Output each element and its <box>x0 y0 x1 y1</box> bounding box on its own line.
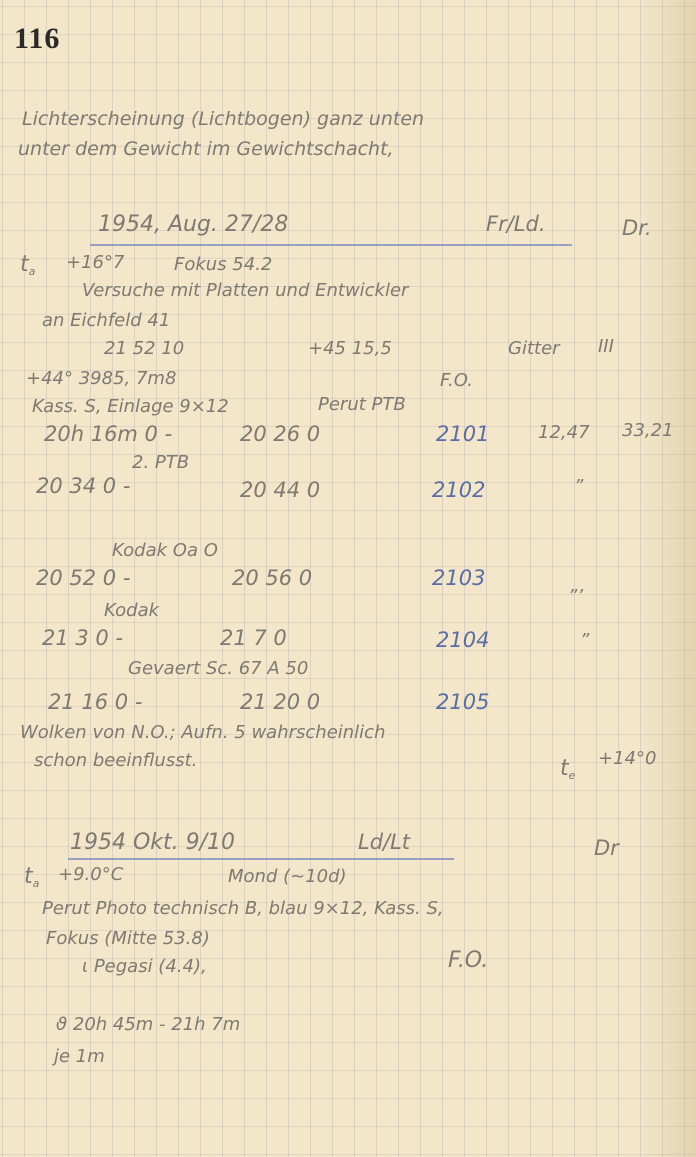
exposure-end: 20 44 0 <box>240 478 320 502</box>
entry1-te: te <box>560 756 575 782</box>
plate-number: 2101 <box>436 422 489 446</box>
entry2-underline <box>68 858 454 860</box>
entry1-date: 1954, Aug. 27/28 <box>98 212 288 237</box>
entry2-per: je 1m <box>54 1046 105 1067</box>
entry1-plates: Kass. S, Einlage 9×12 <box>32 396 229 417</box>
exposure-end: 21 20 0 <box>240 690 320 714</box>
entry1-ra: 21 52 10 <box>104 338 184 359</box>
measure-2: 33,21 <box>622 420 674 441</box>
plate-number: 2104 <box>436 628 489 652</box>
exposure-start: 20 52 0 - <box>36 566 130 590</box>
plate-number: 2105 <box>436 690 489 714</box>
entry2-ta-value: +9.0°C <box>58 864 123 885</box>
entry1-observers: Fr/Ld. <box>486 212 546 236</box>
te-sub: e <box>569 769 576 782</box>
exposure-note: Kodak Oa O <box>112 540 218 561</box>
entry1-ta: ta <box>20 252 35 278</box>
exposure-start: 20h 16m 0 - <box>44 422 172 446</box>
page-number: 116 <box>14 22 60 56</box>
entry1-initials: Dr. <box>622 216 652 240</box>
entry1-fo: F.O. <box>440 370 473 391</box>
entry2-date: 1954 Okt. 9/10 <box>70 830 235 855</box>
entry1-fokus: Fokus 54.2 <box>174 254 272 275</box>
ta-sub: a <box>33 877 40 890</box>
ta-label: t <box>24 864 33 889</box>
entry1-dec: +45 15,5 <box>308 338 392 359</box>
intro-line-1: Lichterscheinung (Lichtbogen) ganz unten <box>22 108 424 130</box>
measure-1: ” <box>574 476 583 497</box>
entry2-observers: Ld/Lt <box>358 830 410 854</box>
entry1-te-value: +14°0 <box>598 748 656 769</box>
entry1-note-2: an Eichfeld 41 <box>42 310 170 331</box>
entry1-star: +44° 3985, 7m8 <box>26 368 176 389</box>
entry1-note-1: Versuche mit Platten und Entwickler <box>82 280 408 301</box>
exposure-end: 20 26 0 <box>240 422 320 446</box>
exposure-note: Kodak <box>104 600 159 621</box>
plate-number: 2102 <box>432 478 485 502</box>
entry2-ta: ta <box>24 864 39 890</box>
exposure-start: 21 16 0 - <box>48 690 142 714</box>
entry2-moon: Mond (~10d) <box>228 866 347 887</box>
ta-sub: a <box>29 265 36 278</box>
entry2-time: ϑ 20h 45m - 21h 7m <box>56 1014 240 1035</box>
entry1-plate-type: Perut PTB <box>318 394 406 415</box>
plate-number: 2103 <box>432 566 485 590</box>
entry1-underline <box>90 244 572 246</box>
measure-1: ” <box>580 630 589 651</box>
entry2-initials: Dr <box>594 836 619 860</box>
entry2-pegasi: ι Pegasi (4.4), <box>82 956 207 977</box>
exposure-end: 20 56 0 <box>232 566 312 590</box>
measure-1: ”’ <box>568 586 583 607</box>
entry1-clouds-2: schon beeinflusst. <box>34 750 197 771</box>
te-label: t <box>560 756 569 781</box>
entry1-ta-value: +16°7 <box>66 252 124 273</box>
exposure-note: Gevaert Sc. 67 A 50 <box>128 658 308 679</box>
intro-line-2: unter dem Gewicht im Gewichtschacht, <box>18 138 394 160</box>
entry1-clouds-1: Wolken von N.O.; Aufn. 5 wahrscheinlich <box>20 722 385 743</box>
exposure-start: 20 34 0 - <box>36 474 130 498</box>
measure-1: 12,47 <box>538 422 590 443</box>
entry2-fo: F.O. <box>448 948 488 973</box>
entry2-fokus: Fokus (Mitte 53.8) <box>46 928 210 949</box>
ta-label: t <box>20 252 29 277</box>
exposure-note: 2. PTB <box>132 452 189 473</box>
exposure-end: 21 7 0 <box>220 626 287 650</box>
entry1-grating-label: Gitter <box>508 338 560 359</box>
entry2-plates: Perut Photo technisch B, blau 9×12, Kass… <box>42 898 444 919</box>
entry1-grating-value: III <box>598 336 614 357</box>
exposure-start: 21 3 0 - <box>42 626 123 650</box>
